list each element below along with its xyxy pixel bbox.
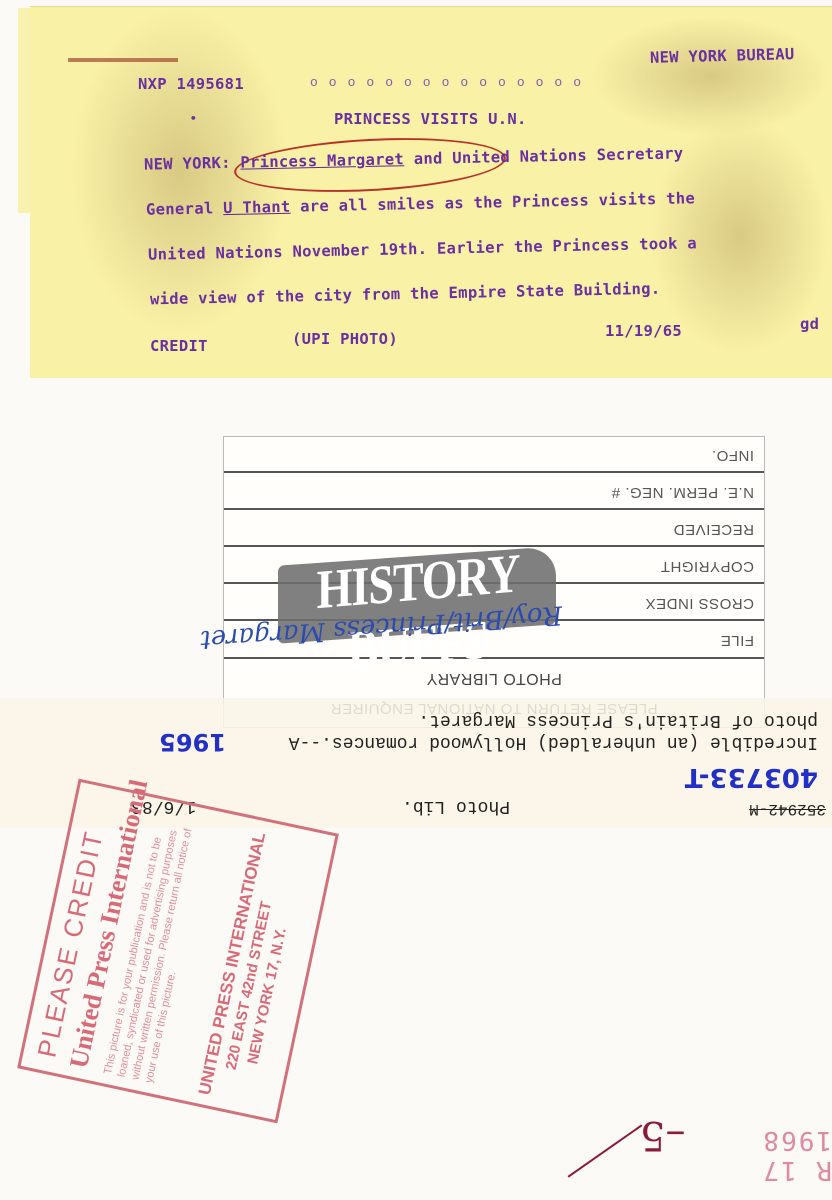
pen-mark: –5 [640,1112,685,1158]
received-date-stamp: R 17 1968 [700,1125,832,1185]
form-row-copyright: COPYRIGHT [660,558,754,575]
form-row-info: INFO. [712,447,755,464]
headline: PRINCESS VISITS U.N. [334,110,527,128]
initials: gd [800,315,819,333]
form-row-received: RECEIVED [673,521,754,538]
dept-label: Photo Lib. [402,796,510,816]
bureau: NEW YORK BUREAU [650,45,795,67]
bullet: • [190,112,197,125]
form-row-perm-neg: N.E. PERM. NEG. # [611,484,754,501]
year-annotation: 1965 [159,728,226,756]
new-file-number: 403733-T [685,762,818,792]
credit-label: CREDIT [150,337,208,355]
label-line-1: Incredible (an unheralded) Hollywood rom… [289,732,818,752]
highlight-u-thant: U Thant [223,198,291,217]
rust-mark [68,58,178,62]
caption-date: 11/19/65 [605,322,682,340]
pen-stroke [568,1124,643,1177]
old-file-number: 352942-M [749,800,826,818]
form-row-file: FILE [720,632,754,649]
credit-value: (UPI PHOTO) [292,330,398,348]
dot-leader: ooooooooooooooo [310,75,592,90]
upi-credit-stamp: PLEASE CREDIT United Press International… [17,779,339,1124]
highlight-princess-margaret: Princess Margaret [240,150,404,171]
wire-id: NXP 1495681 [138,75,244,93]
label-line-2: photo of Britain's Princess Margaret. [418,710,818,730]
form-row-cross-index: CROSS INDEX [645,595,754,612]
